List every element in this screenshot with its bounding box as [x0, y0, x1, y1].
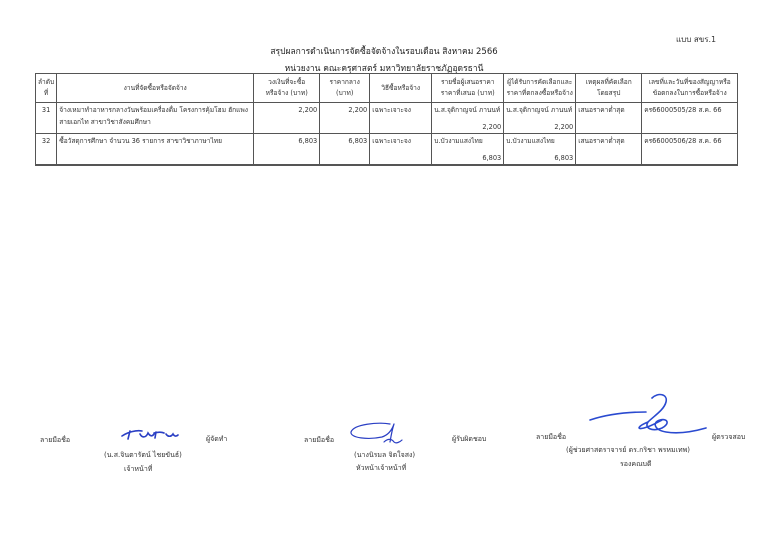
- row-bidder: น.ส.จุติกาญจน์ ภานนท์ 2,200: [432, 103, 504, 134]
- signer-name: (ผู้ช่วยศาสตราจารย์ ดร.กริชา พรหมเทพ): [566, 445, 690, 456]
- col-header-no: ลำดับที่: [36, 74, 57, 103]
- row-winner: บ.บัวงามแสงไทย 6,803: [504, 134, 576, 166]
- row-method: เฉพาะเจาะจง: [370, 134, 432, 166]
- handwritten-signature-icon: [588, 392, 708, 438]
- signature-role: ผู้ตรวจสอบ: [712, 432, 745, 443]
- handwritten-signature-icon: [348, 420, 408, 448]
- signature-label: ลายมือชื่อ: [304, 435, 334, 446]
- row-budget: 2,200: [254, 103, 320, 134]
- signature-role: ผู้จัดทำ: [206, 434, 227, 445]
- col-header-budget: วงเงินที่จะซื้อหรือจ้าง (บาท): [254, 74, 320, 103]
- col-header-winner: ผู้ได้รับการคัดเลือกและราคาที่ตกลงซื้อหร…: [504, 74, 576, 103]
- row-median-price: 2,200: [320, 103, 370, 134]
- col-header-contract: เลขที่และวันที่ของสัญญาหรือข้อตกลงในการซ…: [642, 74, 738, 103]
- col-header-method: วิธีซื้อหรือจ้าง: [370, 74, 432, 103]
- handwritten-signature-icon: [118, 424, 188, 444]
- col-header-reason: เหตุผลที่คัดเลือกโดยสรุป: [576, 74, 642, 103]
- bidder-price: 6,803: [434, 152, 501, 164]
- document-title: สรุปผลการดำเนินการจัดซื้อจัดจ้างในรอบเดื…: [0, 44, 768, 58]
- row-contract: คร66000505/28 ส.ค. 66: [642, 103, 738, 134]
- row-bidder: บ.บัวงามแสงไทย 6,803: [432, 134, 504, 166]
- row-reason: เสนอราคาต่ำสุด: [576, 103, 642, 134]
- table-row: 32 ซื้อวัสดุการศึกษา จำนวน 36 รายการ สาข…: [36, 134, 738, 166]
- col-header-median-price: ราคากลาง(บาท): [320, 74, 370, 103]
- row-winner: น.ส.จุติกาญจน์ ภานนท์ 2,200: [504, 103, 576, 134]
- row-no: 32: [36, 134, 57, 166]
- table-row: 31 จ้างเหมาทำอาหารกลางวันพร้อมเครื่องดื่…: [36, 103, 738, 134]
- winner-name: น.ส.จุติกาญจน์ ภานนท์: [506, 104, 573, 116]
- row-contract: คร66000506/28 ส.ค. 66: [642, 134, 738, 166]
- signer-name: (น.ส.จินตารัตน์ ไชยขันธ์): [104, 450, 182, 461]
- row-reason: เสนอราคาต่ำสุด: [576, 134, 642, 166]
- procurement-table: ลำดับที่ งานที่จัดซื้อหรือจัดจ้าง วงเงิน…: [35, 73, 738, 166]
- table-header-row: ลำดับที่ งานที่จัดซื้อหรือจัดจ้าง วงเงิน…: [36, 74, 738, 103]
- row-item: จ้างเหมาทำอาหารกลางวันพร้อมเครื่องดื่ม โ…: [57, 103, 254, 134]
- signer-position: เจ้าหน้าที่: [124, 464, 152, 475]
- signature-label: ลายมือชื่อ: [40, 435, 70, 446]
- row-budget: 6,803: [254, 134, 320, 166]
- row-no: 31: [36, 103, 57, 134]
- winner-price: 2,200: [506, 121, 573, 133]
- bidder-name: น.ส.จุติกาญจน์ ภานนท์: [434, 104, 501, 116]
- col-header-item: งานที่จัดซื้อหรือจัดจ้าง: [57, 74, 254, 103]
- winner-price: 6,803: [506, 152, 573, 164]
- signature-label: ลายมือชื่อ: [536, 432, 566, 443]
- row-median-price: 6,803: [320, 134, 370, 166]
- winner-name: บ.บัวงามแสงไทย: [506, 135, 573, 147]
- bidder-name: บ.บัวงามแสงไทย: [434, 135, 501, 147]
- signer-position: หัวหน้าเจ้าหน้าที่: [356, 463, 406, 474]
- row-method: เฉพาะเจาะจง: [370, 103, 432, 134]
- signer-name: (นางนิรมล จิตใจสง): [354, 450, 415, 461]
- signer-position: รองคณบดี: [620, 459, 652, 470]
- signature-role: ผู้รับผิดชอบ: [452, 434, 486, 445]
- bidder-price: 2,200: [434, 121, 501, 133]
- col-header-bidders: รายชื่อผู้เสนอราคาราคาที่เสนอ (บาท): [432, 74, 504, 103]
- row-item: ซื้อวัสดุการศึกษา จำนวน 36 รายการ สาขาวิ…: [57, 134, 254, 166]
